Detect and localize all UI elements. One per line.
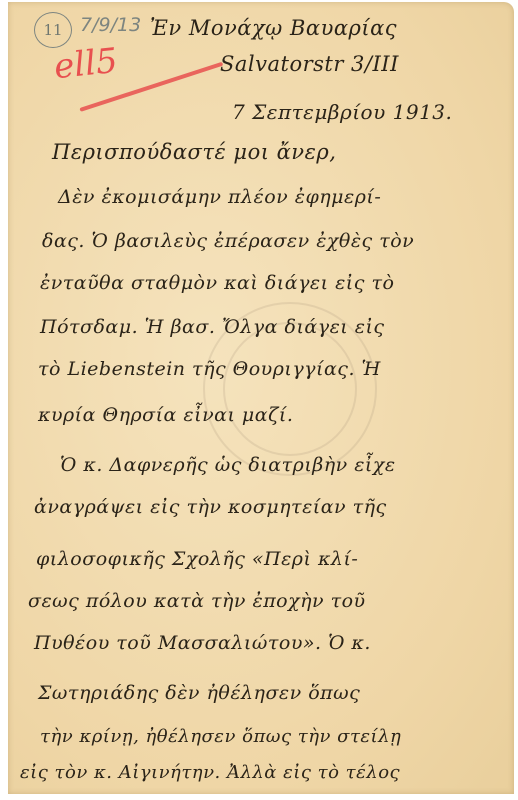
body-line: τὴν κρίνῃ, ἠθέλησεν ὅπως τὴν στείλῃ: [40, 726, 401, 747]
body-line: κυρία Θηρσία εἶναι μαζί.: [38, 404, 293, 426]
body-line: Ὁ κ. Δαφνερῆς ὡς διατριβὴν εἶχε: [60, 454, 396, 476]
body-line: ἐνταῦθα σταθμὸν καὶ διάγει εἰς τὸ: [40, 272, 394, 294]
body-line: Πυθέου τοῦ Μασσαλιώτου». Ὁ κ.: [34, 632, 371, 654]
body-line: Πότσδαμ. Ἡ βασ. Ὄλγα διάγει εἰς: [40, 316, 385, 338]
body-line: δας. Ὁ βασιλεὺς ἐπέρασεν ἐχθὲς τὸν: [42, 230, 414, 252]
header-place: Ἐν Μονάχῳ Βαυαρίας: [150, 16, 397, 40]
pencil-date: 7/9/13: [80, 14, 141, 36]
body-line: ἀναγράψει εἰς τὴν κοσμητείαν τῆς: [34, 496, 387, 518]
body-line: σεως πόλου κατὰ τὴν ἐποχὴν τοῦ: [28, 590, 366, 612]
red-pencil-mark: ell5: [52, 41, 119, 87]
body-line: φιλοσοφικῆς Σχολῆς «Περὶ κλί-: [36, 548, 358, 570]
body-line: Σωτηριάδης δὲν ἠθέλησεν ὅπως: [38, 682, 360, 704]
header-date: 7 Σεπτεμβρίου 1913.: [232, 100, 452, 124]
faded-postmark-inner: [223, 322, 357, 456]
salutation: Περισπούδαστέ μοι ἄνερ,: [52, 140, 336, 164]
postcard: 11 7/9/13 ell5 Ἐν Μονάχῳ Βαυαρίας Salvat…: [8, 2, 514, 794]
body-line: τὸ Liebenstein τῆς Θουριγγίας. Ἡ: [38, 358, 381, 380]
body-line: Δὲν ἐκομισάμην πλέον ἐφημερί-: [58, 186, 381, 208]
body-line: εἰς τὸν κ. Αἰγινήτην. Ἀλλὰ εἰς τὸ τέλος: [20, 762, 400, 783]
circled-archive-number: 11: [34, 12, 72, 48]
header-address: Salvatorstr 3/III: [220, 52, 399, 76]
